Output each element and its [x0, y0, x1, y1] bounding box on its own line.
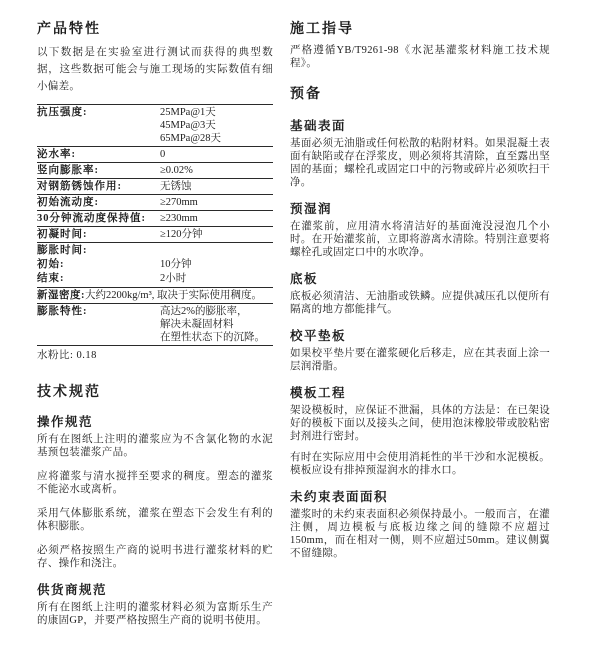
value-line: 解决未凝固材料: [160, 318, 273, 331]
table-row-vertical-expansion: 竖向膨胀率: ≥0.02%: [37, 163, 273, 179]
two-column-layout: 产品特性 以下数据是在实验室进行测试而获得的典型数据，这些数据可能会与施工现场的…: [37, 21, 612, 638]
operation-spec-para: 所有在图纸上注明的灌浆应为不含氯化物的水泥基预包装灌浆产品。: [37, 433, 273, 459]
value-line: 25MPa@1天: [160, 106, 273, 119]
operation-spec-para: 应将灌浆与清水搅拌至要求的稠度。塑态的灌浆不能泌水或离析。: [37, 470, 273, 496]
operation-spec-para: 采用气体膨胀系统，灌浆在塑态下会发生有利的体积膨胀。: [37, 507, 273, 533]
formwork-para: 架设模板时，应保证不泄漏，具体的方法是：在已架设好的模板下面以及接头之间，使用泡…: [290, 404, 550, 443]
subsection-title-leveling-pad: 校平垫板: [290, 328, 550, 345]
section-pre-wetting: 预湿润 在灌浆前，应用清水将清洁好的基面淹没浸泡几个小时。在开始灌浆前，立即将游…: [290, 201, 550, 259]
value-line: 45MPa@3天: [160, 119, 273, 132]
section-title-preparation: 预备: [290, 86, 550, 104]
right-column: 施工指导 严格遵循YB/T9261-98《水泥基灌浆材料施工技术规程》。 预备 …: [290, 21, 550, 638]
table-row-bleeding-rate: 泌水率: 0: [37, 147, 273, 163]
leveling-pad-para: 如果校平垫片要在灌浆硬化后移走，应在其表面上涂一层润滑脂。: [290, 347, 550, 373]
section-leveling-pad: 校平垫板 如果校平垫片要在灌浆硬化后移走，应在其表面上涂一层润滑脂。: [290, 328, 550, 373]
table-row-initial-flow: 初始流动度: ≥270mm: [37, 195, 273, 211]
table-row-flow-retention: 30分钟流动度保持值: ≥230mm: [37, 211, 273, 227]
row-label: 初始流动度:: [37, 196, 160, 209]
row-label: 30分钟流动度保持值:: [37, 212, 160, 225]
row-value: ≥230mm: [160, 212, 273, 225]
value-line: 在塑性状态下的沉降。: [160, 331, 273, 344]
value-line: 65MPa@28天: [160, 132, 273, 145]
operation-spec-para: 必须严格按照生产商的说明书进行灌浆材料的贮存、操作和浇注。: [37, 544, 273, 570]
row-label: 膨胀时间:: [37, 244, 160, 258]
row-label: 初始:: [37, 258, 160, 272]
table-row-setting-time: 初凝时间: ≥120分钟: [37, 227, 273, 243]
row-value: ≥0.02%: [160, 164, 273, 177]
section-formwork: 模板工程 架设模板时，应保证不泄漏，具体的方法是：在已架设好的模板下面以及接头之…: [290, 385, 550, 477]
base-plate-para: 底板必须清洁、无油脂或铁鳞。应提供减压孔以便所有隔离的地方都能排气。: [290, 290, 550, 316]
row-value: 10分钟: [160, 258, 273, 272]
row-value: 无锈蚀: [160, 180, 273, 193]
row-value: 25MPa@1天 45MPa@3天 65MPa@28天: [160, 106, 273, 145]
supplier-spec-para: 所有在图纸上注明的灌浆材料必须为富斯乐生产的康固GP，并要严格按照生产商的说明书…: [37, 601, 273, 627]
row-value: 高达2%的膨胀率， 解决未凝固材料 在塑性状态下的沉降。: [160, 305, 273, 344]
product-features-intro: 以下数据是在实验室进行测试而获得的典型数据，这些数据可能会与施工现场的实际数值有…: [37, 44, 273, 95]
document-page: 产品特性 以下数据是在实验室进行测试而获得的典型数据，这些数据可能会与施工现场的…: [0, 0, 612, 647]
table-row-wet-density: 新湿密度:大约2200kg/m³, 取决于实际使用稠度。: [37, 288, 273, 304]
table-row-expansion-time: 膨胀时间: 初始: 10分钟 结束: 2小时: [37, 243, 273, 288]
row-label: 初凝时间:: [37, 228, 160, 241]
row-value: [160, 244, 273, 258]
row-value: 2小时: [160, 272, 273, 286]
section-title-product-features: 产品特性: [37, 21, 273, 39]
table-row-rebar-corrosion: 对钢筋锈蚀作用: 无锈蚀: [37, 179, 273, 195]
section-base-plate: 底板 底板必须清洁、无油脂或铁鳞。应提供减压孔以便所有隔离的地方都能排气。: [290, 271, 550, 316]
subsection-title-base-plate: 底板: [290, 271, 550, 288]
subsection-title-supplier-spec: 供货商规范: [37, 582, 273, 599]
row-value: 0: [160, 148, 273, 161]
construction-guide-para: 严格遵循YB/T9261-98《水泥基灌浆材料施工技术规程》。: [290, 44, 550, 70]
subsection-title-operation-spec: 操作规范: [37, 414, 273, 431]
water-powder-ratio: 水粉比: 0.18: [37, 349, 273, 362]
unconfined-area-para: 灌浆时的未约束表面积必须保持最小。一般而言，在灌注侧，周边模板与底板边缘之间的缝…: [290, 508, 550, 560]
table-row-expansion-properties: 膨胀特性: 高达2%的膨胀率， 解决未凝固材料 在塑性状态下的沉降。: [37, 304, 273, 346]
spec-table: 抗压强度: 25MPa@1天 45MPa@3天 65MPa@28天 泌水率: 0…: [37, 104, 273, 346]
subsection-title-base-surface: 基础表面: [290, 118, 550, 135]
section-unconfined-area: 未约束表面面积 灌浆时的未约束表面积必须保持最小。一般而言，在灌注侧，周边模板与…: [290, 489, 550, 560]
row-label: 泌水率:: [37, 148, 160, 161]
subsection-title-unconfined-area: 未约束表面面积: [290, 489, 550, 506]
row-value: ≥120分钟: [160, 228, 273, 241]
left-column: 产品特性 以下数据是在实验室进行测试而获得的典型数据，这些数据可能会与施工现场的…: [37, 21, 273, 638]
subsection-title-formwork: 模板工程: [290, 385, 550, 402]
row-value: ≥270mm: [160, 196, 273, 209]
section-base-surface: 基础表面 基面必须无油脂或任何松散的粘附材料。如果混凝土表面有缺陷或存在浮浆皮，…: [290, 118, 550, 189]
section-title-technical-spec: 技术规范: [37, 384, 273, 402]
pre-wetting-para: 在灌浆前，应用清水将清洁好的基面淹没浸泡几个小时。在开始灌浆前，立即将游离水清除…: [290, 220, 550, 259]
row-label: 对钢筋锈蚀作用:: [37, 180, 160, 193]
formwork-para: 有时在实际应用中会使用消耗性的半干沙和水泥模板。模板应设有排掉预湿润水的排水口。: [290, 451, 550, 477]
section-title-construction-guide: 施工指导: [290, 21, 550, 39]
row-label: 结束:: [37, 272, 160, 286]
row-label: 竖向膨胀率:: [37, 164, 160, 177]
row-label: 新湿密度:: [37, 290, 85, 301]
table-row-compressive-strength: 抗压强度: 25MPa@1天 45MPa@3天 65MPa@28天: [37, 105, 273, 147]
row-label: 抗压强度:: [37, 106, 160, 145]
base-surface-para: 基面必须无油脂或任何松散的粘附材料。如果混凝土表面有缺陷或存在浮浆皮，则必须将其…: [290, 137, 550, 189]
value-line: 高达2%的膨胀率，: [160, 305, 273, 318]
row-value: 大约2200kg/m³, 取决于实际使用稠度。: [85, 290, 262, 301]
row-label: 膨胀特性:: [37, 305, 160, 344]
subsection-title-pre-wetting: 预湿润: [290, 201, 550, 218]
